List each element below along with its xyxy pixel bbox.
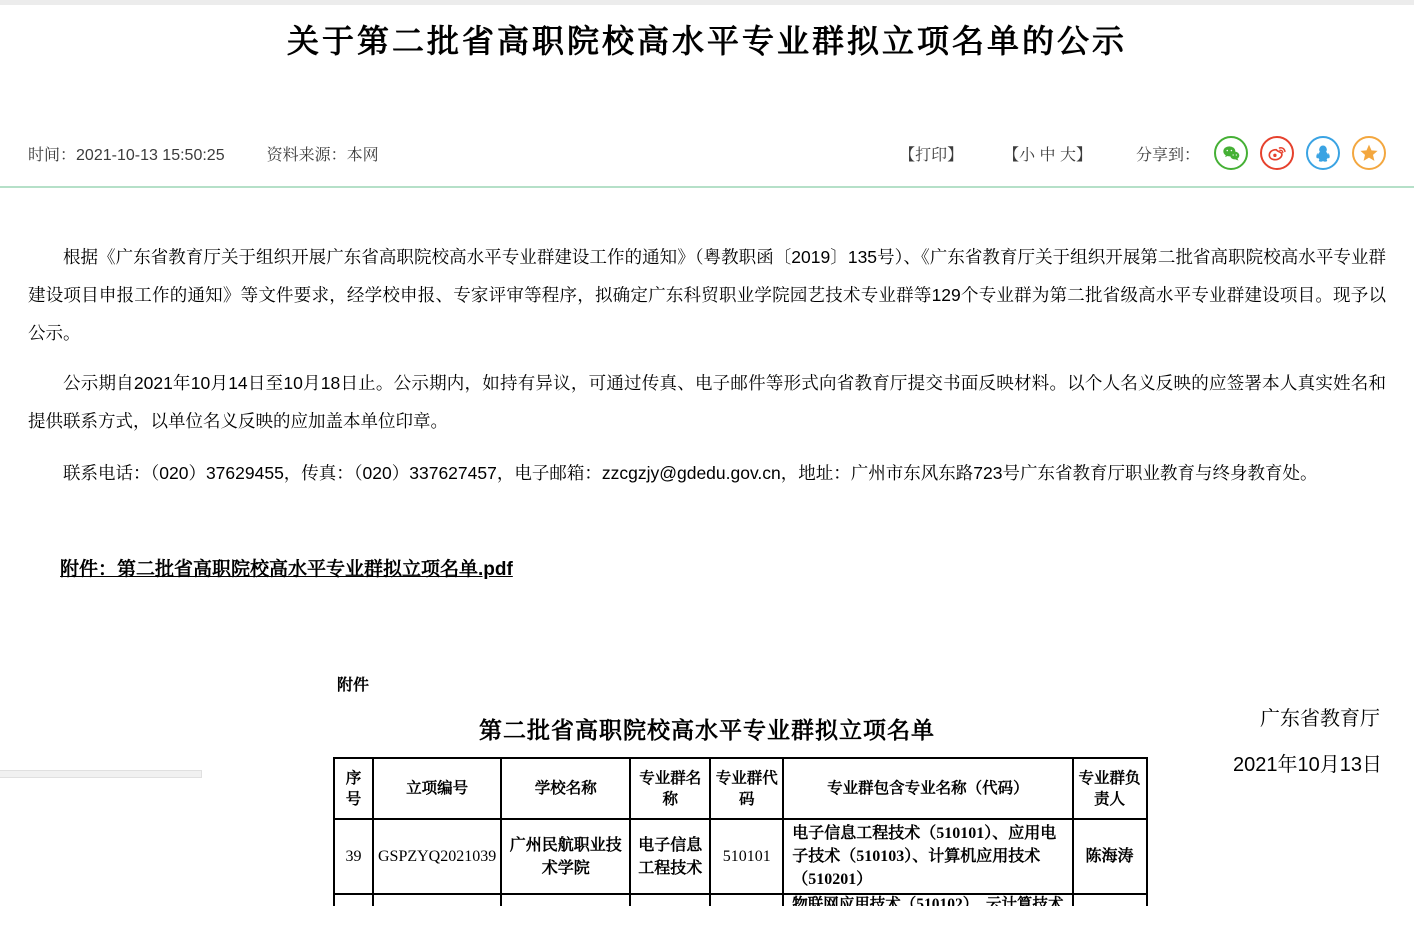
meta-info: 时间：2021-10-13 15:50:25 资料来源：本网 — [28, 142, 415, 165]
page-title: 关于第二批省高职院校高水平专业群拟立项名单的公示 — [0, 16, 1414, 62]
header-project-no: 立项编号 — [373, 758, 501, 819]
cell-group-name: 电子信息工程技术 — [630, 819, 710, 894]
paragraph: 联系电话：（020）37629455，传真：（020）337627457，电子邮… — [28, 454, 1386, 492]
table-row: 39 GSPZYQ2021039 广州民航职业技术学院 电子信息工程技术 510… — [334, 819, 1147, 894]
attachment-pdf-link[interactable]: 附件：第二批省高职院校高水平专业群拟立项名单.pdf — [60, 559, 513, 580]
paragraph: 公示期自2021年10月14日至10月18日止。公示期内，如持有异议，可通过传真… — [28, 364, 1386, 440]
share-qq-icon[interactable] — [1306, 136, 1340, 170]
meta-actions: 【打印】 【小 中 大】 分享到： — [859, 136, 1386, 170]
project-list-table: 序号 立项编号 学校名称 专业群名称 专业群代码 专业群包含专业名称（代码） 专… — [333, 757, 1148, 906]
share-qzone-icon[interactable] — [1352, 136, 1386, 170]
header-seq: 序号 — [334, 758, 373, 819]
cell-group-code: 510101 — [710, 819, 783, 894]
page-top-strip — [0, 0, 1414, 5]
attachment-section-label: 附件 — [337, 672, 369, 695]
clipped-text: 物联网应用技术（510102）、云计算技术 — [792, 895, 1063, 906]
divider-line — [0, 186, 1414, 188]
print-button[interactable]: 【打印】 — [899, 142, 963, 165]
source: 资料来源：本网 — [267, 142, 379, 165]
cell-seq — [334, 894, 373, 906]
issue-date: 2021年10月13日 — [1233, 748, 1382, 777]
font-size-controls[interactable]: 【小 中 大】 — [1003, 142, 1092, 165]
table-row-partial: 物联网应用技术（510102）、云计算技术 — [334, 894, 1147, 906]
source-value: 本网 — [347, 147, 379, 164]
attachment-link-row: 附件：第二批省高职院校高水平专业群拟立项名单.pdf — [60, 554, 1386, 581]
paragraph: 根据《广东省教育厅关于组织开展广东省高职院校高水平专业群建设工作的通知》（粤教职… — [28, 238, 1386, 352]
meta-bar: 时间：2021-10-13 15:50:25 资料来源：本网 【打印】 【小 中… — [28, 136, 1386, 170]
cell-group-name — [630, 894, 710, 906]
header-group-code: 专业群代码 — [710, 758, 783, 819]
share-label: 分享到： — [1136, 142, 1200, 165]
share-weibo-icon[interactable] — [1260, 136, 1294, 170]
table-header-row: 序号 立项编号 学校名称 专业群名称 专业群代码 专业群包含专业名称（代码） 专… — [334, 758, 1147, 819]
cell-seq: 39 — [334, 819, 373, 894]
time-value: 2021-10-13 15:50:25 — [76, 147, 225, 164]
header-included-majors: 专业群包含专业名称（代码） — [783, 758, 1072, 819]
cell-project-no: GSPZYQ2021039 — [373, 819, 501, 894]
cell-group-code — [710, 894, 783, 906]
source-label: 资料来源： — [267, 147, 347, 164]
issuer-name: 广东省教育厅 — [1260, 702, 1380, 731]
share-icon-group — [1214, 136, 1386, 170]
header-school-name: 学校名称 — [501, 758, 630, 819]
cell-school-name: 广州民航职业技术学院 — [501, 819, 630, 894]
cell-included-majors: 物联网应用技术（510102）、云计算技术 — [783, 894, 1072, 906]
cell-group-leader: 陈海涛 — [1073, 819, 1147, 894]
header-group-name: 专业群名称 — [630, 758, 710, 819]
publish-time: 时间：2021-10-13 15:50:25 — [28, 142, 225, 165]
header-group-leader: 专业群负责人 — [1073, 758, 1147, 819]
horizontal-scrollbar[interactable] — [0, 770, 202, 778]
share-wechat-icon[interactable] — [1214, 136, 1248, 170]
cell-school-name — [501, 894, 630, 906]
time-label: 时间： — [28, 147, 76, 164]
attachment-table-title: 第二批省高职院校高水平专业群拟立项名单 — [0, 712, 1414, 745]
cell-group-leader — [1073, 894, 1147, 906]
cell-project-no — [373, 894, 501, 906]
article-body: 根据《广东省教育厅关于组织开展广东省高职院校高水平专业群建设工作的通知》（粤教职… — [0, 238, 1414, 581]
cell-included-majors: 电子信息工程技术（510101）、应用电子技术（510103）、计算机应用技术（… — [783, 819, 1072, 894]
